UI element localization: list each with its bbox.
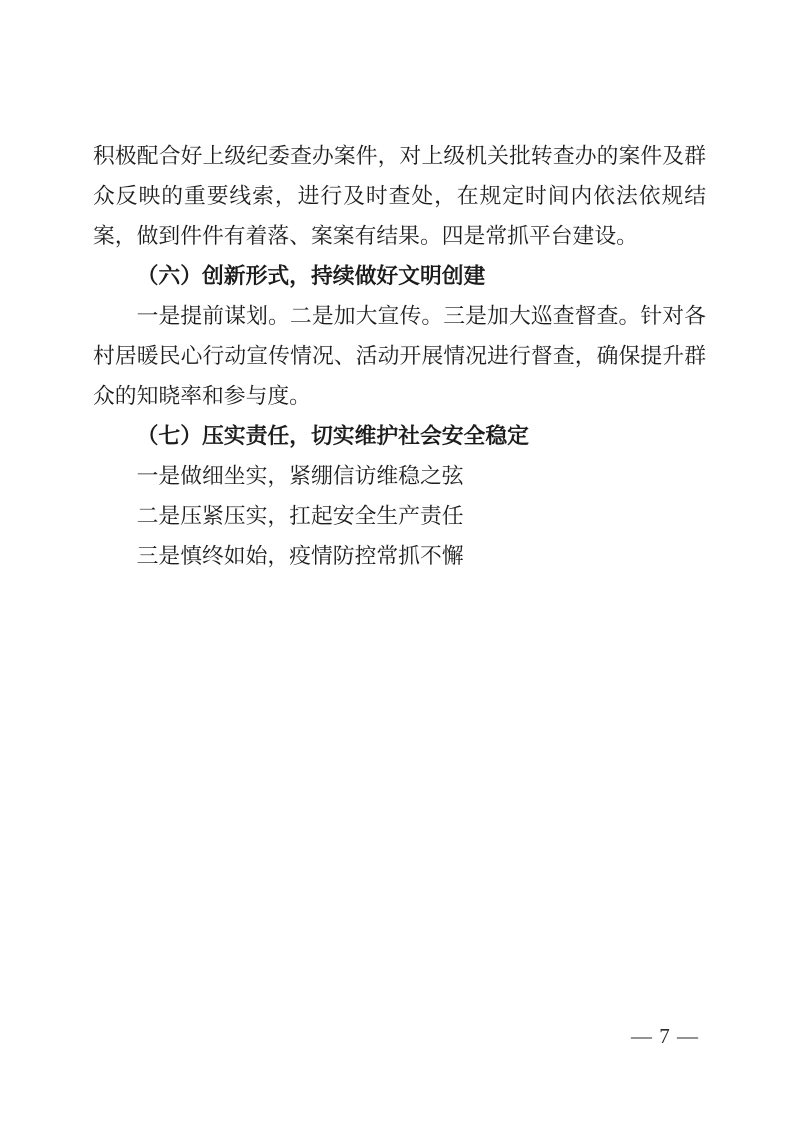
document-page: 积极配合好上级纪委查办案件，对上级机关批转查办的案件及群众反映的重要线索，进行及…: [0, 0, 793, 1122]
paragraph-point-one: 一是做细坐实，紧绷信访维稳之弦: [93, 456, 706, 496]
section-heading-six: （六）创新形式，持续做好文明创建: [93, 256, 706, 296]
paragraph-continuation: 积极配合好上级纪委查办案件，对上级机关批转查办的案件及群众反映的重要线索，进行及…: [93, 136, 706, 256]
paragraph-point-three: 三是慎终如始，疫情防控常抓不懈: [93, 536, 706, 576]
page-number: — 7 —: [631, 1024, 699, 1048]
section-heading-seven: （七）压实责任，切实维护社会安全稳定: [93, 416, 706, 456]
paragraph-point-two: 二是压紧压实，扛起安全生产责任: [93, 496, 706, 536]
paragraph-section-six: 一是提前谋划。二是加大宣传。三是加大巡查督查。针对各村居暖民心行动宣传情况、活动…: [93, 296, 706, 416]
document-body: 积极配合好上级纪委查办案件，对上级机关批转查办的案件及群众反映的重要线索，进行及…: [93, 136, 706, 576]
